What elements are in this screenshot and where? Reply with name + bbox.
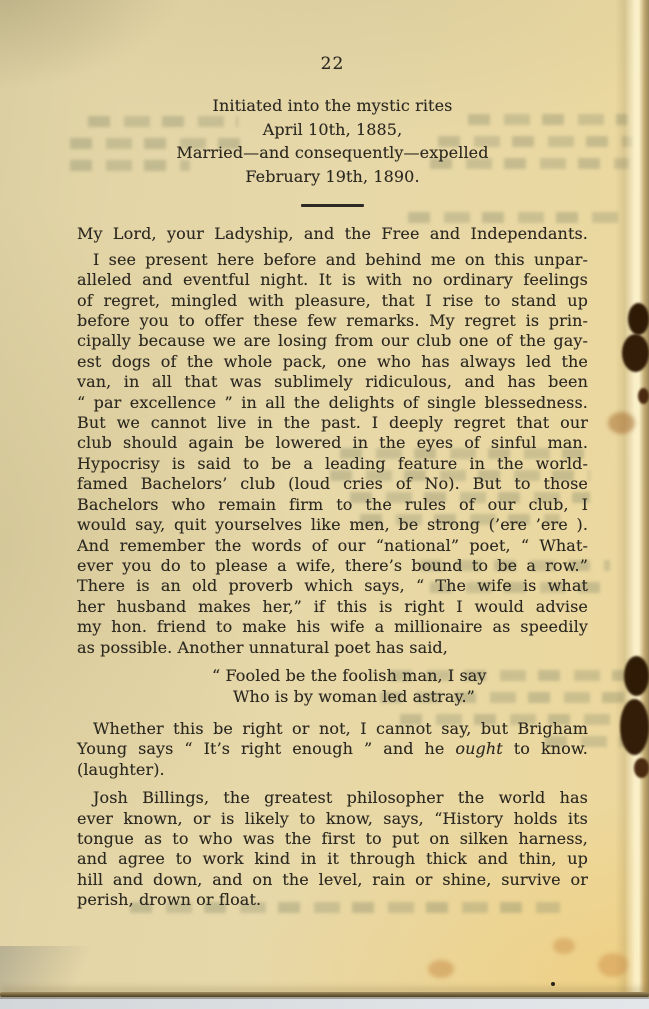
text-line: tongue as to who was the first to put on…	[77, 829, 588, 849]
paragraph-3: Josh Billings, the greatest philosopher …	[77, 788, 588, 910]
text-line: as possible. Another unnatural poet has …	[77, 638, 588, 658]
text-line: perish, drown or float.	[77, 890, 588, 910]
binding-spot	[638, 388, 649, 404]
text-line: famed Bachelors’ club (loud cries of No)…	[77, 474, 588, 494]
foxing-stain	[598, 953, 628, 977]
text-line: Whether this be right or not, I cannot s…	[77, 719, 588, 739]
text-line: I see present here before and behind me …	[77, 250, 588, 270]
heading-block: Initiated into the mystic ritesApril 10t…	[77, 94, 588, 188]
page-paper: 22 Initiated into the mystic ritesApril …	[0, 0, 649, 997]
binding-spot	[622, 334, 649, 372]
text-line: Who is by woman led astray.”	[212, 686, 588, 707]
text-line: est dogs of the whole pack, one who has …	[77, 352, 588, 372]
text-line: But we cannot live in the past. I deeply…	[77, 413, 588, 433]
text-line: cipally because we are losing from our c…	[77, 331, 588, 351]
text-line: hill and down, and on the level, rain or…	[77, 870, 588, 890]
text-line: There is an old proverb which says, “ Th…	[77, 576, 588, 596]
text-line: Hypocrisy is said to be a leading featur…	[77, 454, 588, 474]
paragraph-2: Whether this be right or not, I cannot s…	[77, 719, 588, 780]
salutation-line: My Lord, your Ladyship, and the Free and…	[77, 224, 588, 244]
binding-spot	[620, 699, 649, 755]
text-line: April 10th, 1885,	[77, 118, 588, 142]
text-line: alleled and eventful night. It is with n…	[77, 270, 588, 290]
text-line: Initiated into the mystic rites	[77, 94, 588, 118]
binding-spot	[624, 656, 649, 696]
foxing-stain	[428, 960, 454, 978]
binding-spot	[634, 758, 649, 778]
text-line: ever known, or is likely to know, says, …	[77, 809, 588, 829]
text-segment: to know.	[503, 739, 588, 758]
text-line: (laughter).	[77, 760, 588, 780]
text-line: February 19th, 1890.	[77, 165, 588, 189]
text-line: “ par excellence ” in all the delights o…	[77, 393, 588, 413]
page-bottom-edge	[0, 992, 649, 997]
text-line: Bachelors who remain firm to the rules o…	[77, 495, 588, 515]
text-line: her husband makes her,” if this is right…	[77, 597, 588, 617]
text-line: club should again be lowered in the eyes…	[77, 433, 588, 453]
binding-spot	[628, 303, 649, 335]
text-line: ever you do to please a wife, there’s bo…	[77, 556, 588, 576]
italic-word: ought	[455, 739, 502, 758]
section-divider-rule	[301, 204, 364, 207]
text-line: and agree to work kind in it through thi…	[77, 849, 588, 869]
text-column: 22 Initiated into the mystic ritesApril …	[77, 54, 588, 911]
foxing-stain	[553, 938, 575, 954]
text-line: before you to offer these few remarks. M…	[77, 311, 588, 331]
text-line: my hon. friend to make his wife a millio…	[77, 617, 588, 637]
corner-shadow	[0, 946, 115, 997]
foxing-stain	[608, 412, 635, 434]
text-line: Josh Billings, the greatest philosopher …	[77, 788, 588, 808]
text-line: Married—and consequently—expelled	[77, 141, 588, 165]
ink-speck	[551, 982, 555, 986]
text-line: of regret, mingled with pleasure, that I…	[77, 291, 588, 311]
binding-edge-shading	[615, 0, 649, 997]
book-page-scan: 22 Initiated into the mystic ritesApril …	[0, 0, 649, 1009]
text-line: And remember the words of our “national”…	[77, 536, 588, 556]
poem-quote: “ Fooled be the foolish man, I sayWho is…	[212, 665, 588, 707]
paragraph-1: I see present here before and behind me …	[77, 250, 588, 658]
text-segment: Young says “ It’s right enough ” and he	[77, 739, 455, 758]
page-number: 22	[77, 54, 588, 74]
text-line: would say, quit yourselves like men, be …	[77, 515, 588, 535]
text-line: Young says “ It’s right enough ” and he …	[77, 739, 588, 759]
text-line: van, in all that was sublimely ridiculou…	[77, 372, 588, 392]
text-line: “ Fooled be the foolish man, I say	[212, 665, 588, 686]
